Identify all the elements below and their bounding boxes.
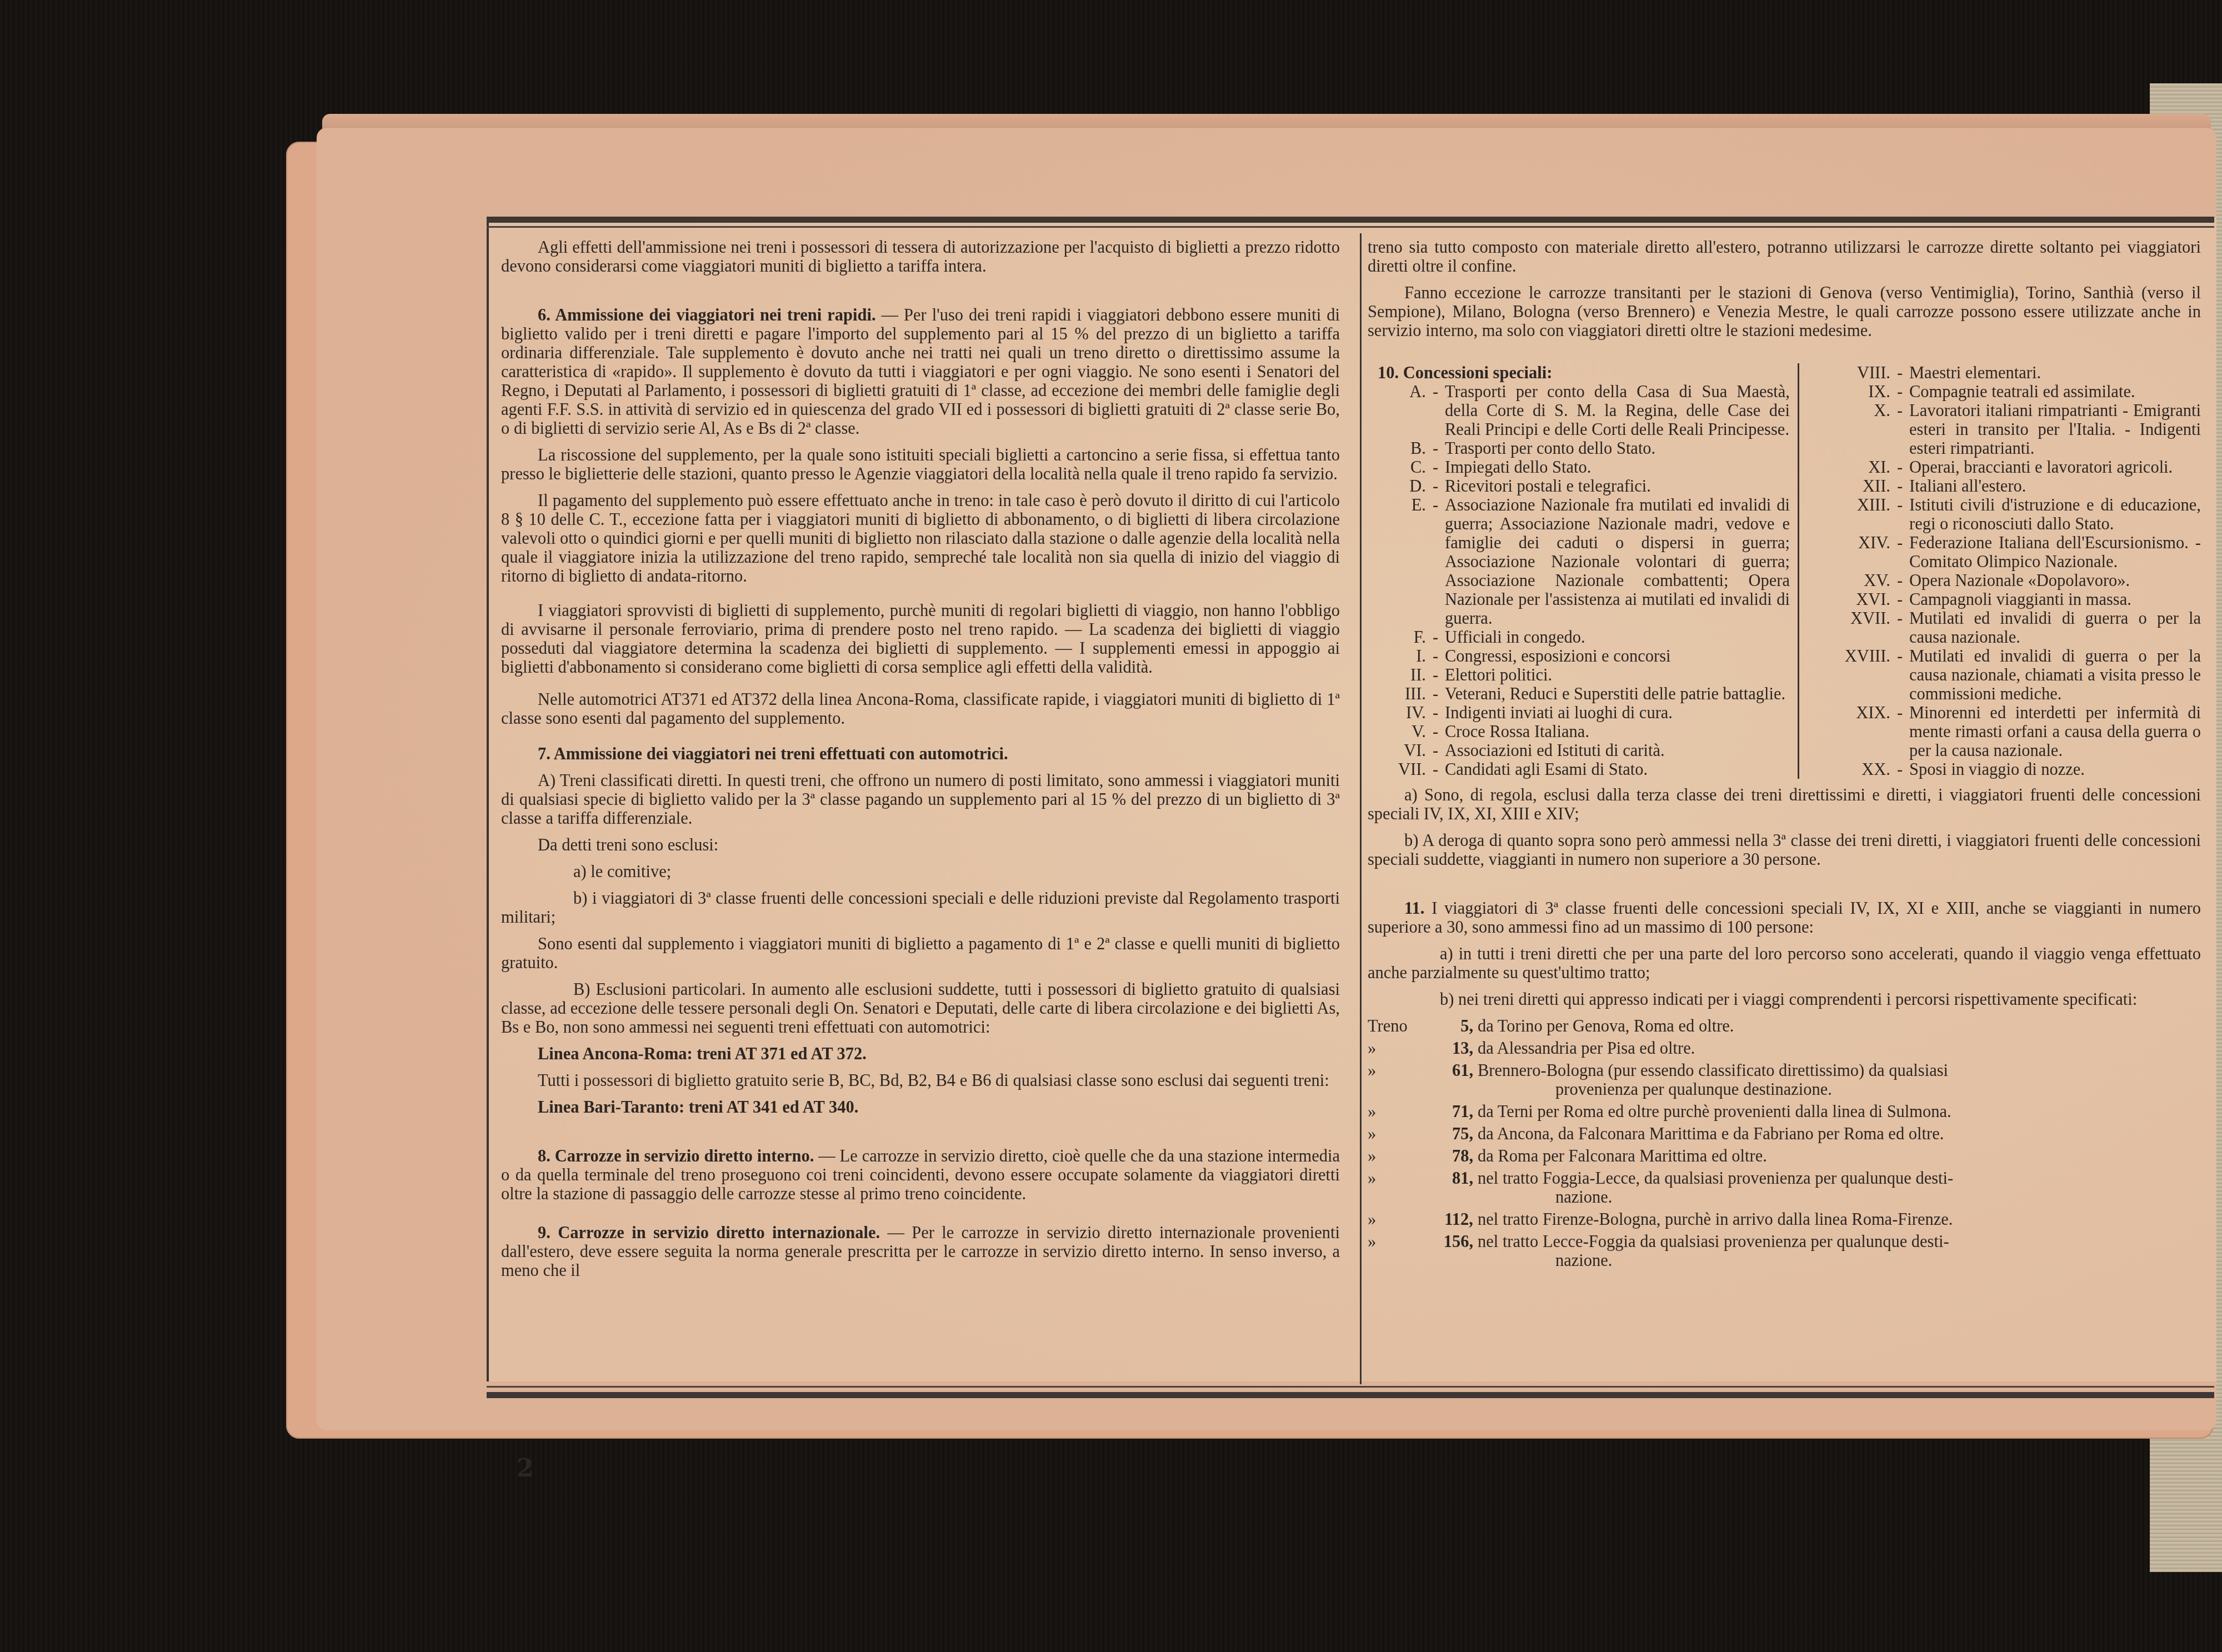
section-9-exceptions: Fanno eccezione le carrozze transitanti …: [1368, 283, 2201, 340]
section-7-line-ancona-roma: Linea Ancona-Roma: treni AT 371 ed AT 37…: [501, 1044, 1340, 1063]
concession-item: VII.-Candidati agli Esami di Stato.: [1368, 760, 1790, 779]
dash-separator: -: [1890, 401, 1909, 458]
bottom-double-rule: [487, 1386, 2214, 1398]
concession-code: XVIII.: [1807, 647, 1890, 703]
train-label: »: [1368, 1124, 1429, 1143]
concession-text: Lavoratori italiani rimpatrianti - Emigr…: [1909, 401, 2201, 458]
dash-separator: -: [1426, 495, 1445, 628]
concession-item: I.-Congressi, esposizioni e concorsi: [1368, 647, 1790, 665]
dash-separator: -: [1890, 703, 1909, 760]
train-row: »13,da Alessandria per Pisa ed oltre.: [1368, 1039, 2201, 1058]
dash-separator: -: [1890, 458, 1909, 477]
concessioni-speciali-table: 10. Concessioni speciali: A.-Trasporti p…: [1368, 363, 2201, 779]
concession-item: VI.-Associazioni ed Istituti di carità.: [1368, 741, 1790, 760]
dash-separator: -: [1890, 382, 1909, 401]
concession-item: C.-Impiegati dello Stato.: [1368, 458, 1790, 477]
section-7-title: 7. Ammissione dei viaggiatori nei treni …: [501, 744, 1340, 763]
top-double-rule: [487, 217, 2214, 228]
train-row: »112,nel tratto Firenze-Bologna, purchè …: [1368, 1210, 2201, 1229]
section-6-title: 6. Ammissione dei viaggiatori nei treni …: [538, 306, 876, 324]
intro-paragraph: Agli effetti dell'ammissione nei treni i…: [501, 238, 1340, 276]
column-divider: [1360, 233, 1362, 1384]
concession-text: Ufficiali in congedo.: [1445, 628, 1790, 647]
dash-separator: -: [1890, 571, 1909, 590]
train-number: 112,: [1429, 1210, 1478, 1229]
section-8-title: 8. Carrozze in servizio diretto interno.: [538, 1147, 814, 1165]
left-column: Agli effetti dell'ammissione nei treni i…: [501, 238, 1340, 1288]
dash-separator: -: [1426, 458, 1445, 477]
dash-separator: -: [1426, 703, 1445, 722]
section-11-title: 11.: [1404, 899, 1424, 918]
concession-code: C.: [1368, 458, 1426, 477]
concession-code: XV.: [1807, 571, 1890, 590]
train-number: 156,: [1429, 1232, 1478, 1270]
concession-item: XII.-Italiani all'estero.: [1807, 477, 2201, 495]
train-route: nel tratto Lecce-Foggia da qualsiasi pro…: [1478, 1232, 2201, 1270]
concession-code: VII.: [1368, 760, 1426, 779]
concession-item: X.-Lavoratori italiani rimpatrianti - Em…: [1807, 401, 2201, 458]
concession-code: III.: [1368, 684, 1426, 703]
concession-text: Trasporti per conto della Casa di Sua Ma…: [1445, 382, 1790, 439]
concession-text: Opera Nazionale «Dopolavoro».: [1909, 571, 2201, 590]
right-column: treno sia tutto composto con materiale d…: [1368, 238, 2201, 1273]
section-11-b: b) nei treni diretti qui appresso indica…: [1368, 990, 2201, 1009]
concession-text: Istituti civili d'istruzione e di educaz…: [1909, 495, 2201, 533]
dash-separator: -: [1426, 665, 1445, 684]
dash-separator: -: [1890, 647, 1909, 703]
train-route-continuation: nazione.: [1478, 1188, 2201, 1207]
dash-separator: -: [1426, 722, 1445, 741]
concession-code: XIII.: [1807, 495, 1890, 533]
dash-separator: -: [1890, 590, 1909, 609]
train-number: 71,: [1429, 1102, 1478, 1121]
train-route: da Ancona, da Falconara Marittima e da F…: [1478, 1124, 2201, 1143]
train-route-text: da Torino per Genova, Roma ed oltre.: [1478, 1017, 1734, 1035]
train-label: »: [1368, 1039, 1429, 1058]
concession-text: Compagnie teatrali ed assimilate.: [1909, 382, 2201, 401]
train-number: 78,: [1429, 1147, 1478, 1165]
concession-text: Trasporti per conto dello Stato.: [1445, 439, 1790, 458]
concession-item: D.-Ricevitori postali e telegrafici.: [1368, 477, 1790, 495]
concession-text: Associazioni ed Istituti di carità.: [1445, 741, 1790, 760]
train-route: da Terni per Roma ed oltre purchè proven…: [1478, 1102, 2201, 1121]
train-route-text: Brennero-Bologna (pur essendo classifica…: [1478, 1061, 1948, 1080]
concession-text: Croce Rossa Italiana.: [1445, 722, 1790, 741]
dash-separator: -: [1426, 439, 1445, 458]
train-route-text: da Roma per Falconara Marittima ed oltre…: [1478, 1147, 1767, 1165]
section-6-p5: Nelle automotrici AT371 ed AT372 della l…: [501, 690, 1340, 728]
concession-item: XIX.-Minorenni ed interdetti per infermi…: [1807, 703, 2201, 760]
concession-code: II.: [1368, 665, 1426, 684]
section-9-continued: treno sia tutto composto con materiale d…: [1368, 238, 2201, 276]
section-7-excl-a: a) le comitive;: [501, 862, 1340, 881]
train-route: nel tratto Foggia-Lecce, da qualsiasi pr…: [1478, 1169, 2201, 1207]
train-route: da Alessandria per Pisa ed oltre.: [1478, 1039, 2201, 1058]
section-7-line-bari-taranto: Linea Bari-Taranto: treni AT 341 ed AT 3…: [501, 1098, 1340, 1117]
concession-item: XVIII.-Mutilati ed invalidi di guerra o …: [1807, 647, 2201, 703]
concession-item: XX.-Sposi in viaggio di nozze.: [1807, 760, 2201, 779]
concession-code: XIX.: [1807, 703, 1890, 760]
faded-show-through-header: [944, 167, 1722, 211]
concession-text: Mutilati ed invalidi di guerra o per la …: [1909, 647, 2201, 703]
dash-separator: -: [1426, 741, 1445, 760]
section-11-body: I viaggiatori di 3ª classe fruenti delle…: [1368, 899, 2201, 937]
section-9-title: 9. Carrozze in servizio diretto internaz…: [538, 1223, 880, 1242]
concession-text: Operai, braccianti e lavoratori agricoli…: [1909, 458, 2201, 477]
concession-code: IV.: [1368, 703, 1426, 722]
concession-code: VIII.: [1807, 363, 1890, 382]
section-10-title: 10. Concessioni speciali:: [1368, 363, 1790, 382]
concession-code: XX.: [1807, 760, 1890, 779]
concessioni-left-list: 10. Concessioni speciali: A.-Trasporti p…: [1368, 363, 1799, 779]
train-route-text: da Ancona, da Falconara Marittima e da F…: [1478, 1124, 1944, 1143]
train-label: »: [1368, 1232, 1429, 1270]
train-number: 5,: [1429, 1017, 1478, 1035]
concession-code: XVI.: [1807, 590, 1890, 609]
concession-text: Impiegati dello Stato.: [1445, 458, 1790, 477]
concession-text: Congressi, esposizioni e concorsi: [1445, 647, 1790, 665]
concession-item: XVII.-Mutilati ed invalidi di guerra o p…: [1807, 609, 2201, 647]
train-route-text: nel tratto Firenze-Bologna, purchè in ar…: [1478, 1210, 1953, 1229]
concession-item: A.-Trasporti per conto della Casa di Sua…: [1368, 382, 1790, 439]
train-row: »71,da Terni per Roma ed oltre purchè pr…: [1368, 1102, 2201, 1121]
train-row: »156,nel tratto Lecce-Foggia da qualsias…: [1368, 1232, 2201, 1270]
section-11: 11. I viaggiatori di 3ª classe fruenti d…: [1368, 899, 2201, 937]
dash-separator: -: [1426, 647, 1445, 665]
section-6-p2: La riscossione del supplemento, per la q…: [501, 445, 1340, 483]
train-number: 75,: [1429, 1124, 1478, 1143]
concession-item: XI.-Operai, braccianti e lavoratori agri…: [1807, 458, 2201, 477]
dash-separator: -: [1426, 477, 1445, 495]
concession-item: V.-Croce Rossa Italiana.: [1368, 722, 1790, 741]
train-number: 61,: [1429, 1061, 1478, 1099]
section-10-note-b: b) A deroga di quanto sopra sono però am…: [1368, 831, 2201, 869]
train-number: 81,: [1429, 1169, 1478, 1207]
dash-separator: -: [1890, 495, 1909, 533]
train-route-continuation: provenienza per qualunque destinazione.: [1478, 1080, 2201, 1099]
concession-code: D.: [1368, 477, 1426, 495]
train-label: Treno: [1368, 1017, 1429, 1035]
section-7-excl-b: b) i viaggiatori di 3ª classe fruenti de…: [501, 889, 1340, 927]
train-label: »: [1368, 1169, 1429, 1207]
train-route-text: nel tratto Foggia-Lecce, da qualsiasi pr…: [1478, 1169, 1953, 1188]
concession-item: E.-Associazione Nazionale fra mutilati e…: [1368, 495, 1790, 628]
concession-code: V.: [1368, 722, 1426, 741]
concession-code: B.: [1368, 439, 1426, 458]
train-list: Treno5,da Torino per Genova, Roma ed olt…: [1368, 1017, 2201, 1270]
concession-text: Ricevitori postali e telegrafici.: [1445, 477, 1790, 495]
train-label: »: [1368, 1210, 1429, 1229]
concession-text: Associazione Nazionale fra mutilati ed i…: [1445, 495, 1790, 628]
section-7-a-intro: A) Treni classificati diretti. In questi…: [501, 771, 1340, 828]
train-route-text: da Alessandria per Pisa ed oltre.: [1478, 1039, 1695, 1058]
section-9: 9. Carrozze in servizio diretto internaz…: [501, 1223, 1340, 1280]
concession-item: IV.-Indigenti inviati ai luoghi di cura.: [1368, 703, 1790, 722]
section-7-b-series: Tutti i possessori di biglietto gratuito…: [501, 1071, 1340, 1090]
concession-code: A.: [1368, 382, 1426, 439]
train-route-continuation: nazione.: [1478, 1251, 2201, 1270]
dash-separator: -: [1890, 760, 1909, 779]
train-route: da Roma per Falconara Marittima ed oltre…: [1478, 1147, 2201, 1165]
train-row: »61,Brennero-Bologna (pur essendo classi…: [1368, 1061, 2201, 1099]
concession-text: Italiani all'estero.: [1909, 477, 2201, 495]
concession-item: B.-Trasporti per conto dello Stato.: [1368, 439, 1790, 458]
concession-text: Mutilati ed invalidi di guerra o per la …: [1909, 609, 2201, 647]
concessioni-right-list: VIII.-Maestri elementari.IX.-Compagnie t…: [1799, 363, 2201, 779]
dash-separator: -: [1890, 609, 1909, 647]
concession-code: F.: [1368, 628, 1426, 647]
concession-text: Candidati agli Esami di Stato.: [1445, 760, 1790, 779]
concession-item: VIII.-Maestri elementari.: [1807, 363, 2201, 382]
train-number: 13,: [1429, 1039, 1478, 1058]
concession-item: III.-Veterani, Reduci e Superstiti delle…: [1368, 684, 1790, 703]
concession-item: IX.-Compagnie teatrali ed assimilate.: [1807, 382, 2201, 401]
train-label: »: [1368, 1061, 1429, 1099]
dash-separator: -: [1426, 760, 1445, 779]
train-row: »75,da Ancona, da Falconara Marittima e …: [1368, 1124, 2201, 1143]
dash-separator: -: [1426, 684, 1445, 703]
concession-text: Veterani, Reduci e Superstiti delle patr…: [1445, 684, 1790, 703]
train-row: »81,nel tratto Foggia-Lecce, da qualsias…: [1368, 1169, 2201, 1207]
concession-item: F.-Ufficiali in congedo.: [1368, 628, 1790, 647]
dash-separator: -: [1890, 363, 1909, 382]
dash-separator: -: [1890, 477, 1909, 495]
section-7-b-intro: B) Esclusioni particolari. In aumento al…: [501, 980, 1340, 1037]
section-8: 8. Carrozze in servizio diretto interno.…: [501, 1147, 1340, 1203]
train-route: da Torino per Genova, Roma ed oltre.: [1478, 1017, 2201, 1035]
concession-item: XVI.-Campagnoli viaggianti in massa.: [1807, 590, 2201, 609]
concession-text: Maestri elementari.: [1909, 363, 2201, 382]
concession-code: VI.: [1368, 741, 1426, 760]
concession-code: XIV.: [1807, 533, 1890, 571]
section-10-note-a: a) Sono, di regola, esclusi dalla terza …: [1368, 785, 2201, 823]
concession-item: XV.-Opera Nazionale «Dopolavoro».: [1807, 571, 2201, 590]
train-label: »: [1368, 1102, 1429, 1121]
section-11-a: a) in tutti i treni diretti che per una …: [1368, 944, 2201, 982]
section-6-p4: I viaggiatori sprovvisti di biglietti di…: [501, 601, 1340, 677]
concession-text: Sposi in viaggio di nozze.: [1909, 760, 2201, 779]
concession-item: XIV.-Federazione Italiana dell'Escursion…: [1807, 533, 2201, 571]
concession-code: E.: [1368, 495, 1426, 628]
concession-item: XIII.-Istituti civili d'istruzione e di …: [1807, 495, 2201, 533]
section-6-p3: Il pagamento del supplemento può essere …: [501, 491, 1340, 585]
concession-code: I.: [1368, 647, 1426, 665]
page-number: 2: [517, 1454, 534, 1483]
concession-text: Elettori politici.: [1445, 665, 1790, 684]
section-6: 6. Ammissione dei viaggiatori nei treni …: [501, 306, 1340, 438]
concession-code: X.: [1807, 401, 1890, 458]
train-route-text: nel tratto Lecce-Foggia da qualsiasi pro…: [1478, 1232, 1949, 1251]
train-route: nel tratto Firenze-Bologna, purchè in ar…: [1478, 1210, 2201, 1229]
section-6-body: — Per l'uso dei treni rapidi i viaggiato…: [501, 306, 1340, 438]
concession-text: Federazione Italiana dell'Escursionismo.…: [1909, 533, 2201, 571]
concession-code: XI.: [1807, 458, 1890, 477]
train-label: »: [1368, 1147, 1429, 1165]
concession-text: Campagnoli viaggianti in massa.: [1909, 590, 2201, 609]
train-route: Brennero-Bologna (pur essendo classifica…: [1478, 1061, 2201, 1099]
section-7-excluded-head: Da detti treni sono esclusi:: [501, 835, 1340, 854]
section-7-exempt: Sono esenti dal supplemento i viaggiator…: [501, 934, 1340, 972]
concession-code: IX.: [1807, 382, 1890, 401]
dash-separator: -: [1890, 533, 1909, 571]
train-route-text: da Terni per Roma ed oltre purchè proven…: [1478, 1102, 1951, 1121]
train-row: Treno5,da Torino per Genova, Roma ed olt…: [1368, 1017, 2201, 1035]
dash-separator: -: [1426, 628, 1445, 647]
concession-text: Minorenni ed interdetti per infermità di…: [1909, 703, 2201, 760]
dash-separator: -: [1426, 382, 1445, 439]
concession-item: II.-Elettori politici.: [1368, 665, 1790, 684]
concession-code: XVII.: [1807, 609, 1890, 647]
concession-code: XII.: [1807, 477, 1890, 495]
concession-text: Indigenti inviati ai luoghi di cura.: [1445, 703, 1790, 722]
train-row: »78,da Roma per Falconara Marittima ed o…: [1368, 1147, 2201, 1165]
